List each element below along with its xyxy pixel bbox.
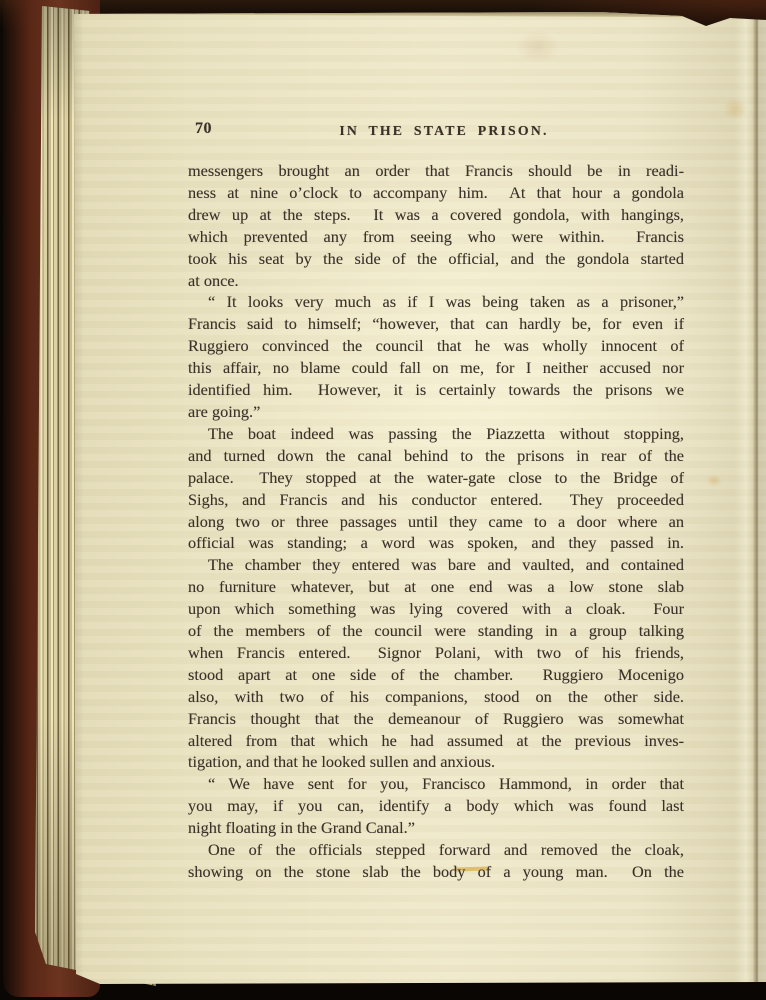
text-line: this affair, no blame could fall on me, … [188, 357, 684, 379]
text-line: messengers brought an order that Francis… [188, 160, 684, 182]
text-line: Sighs, and Francis and his conductor ent… [188, 489, 684, 511]
text-line: altered from that which he had assumed a… [188, 730, 684, 752]
text-line: took his seat by the side of the officia… [188, 248, 684, 270]
book-page: 70 IN THE STATE PRISON. messengers broug… [70, 6, 766, 990]
page-content: 70 IN THE STATE PRISON. messengers broug… [188, 120, 684, 142]
text-line: tigation, and that he looked sullen and … [188, 751, 684, 773]
text-line: along two or three passages until they c… [188, 511, 684, 533]
text-line: stood apart at one side of the chamber. … [188, 664, 684, 686]
text-line: Francis said to himself; “however, that … [188, 313, 684, 335]
paragraph: The chamber they entered was bare and va… [188, 554, 684, 773]
text-line: drew up at the steps. It was a covered g… [188, 204, 684, 226]
page-header: 70 IN THE STATE PRISON. [188, 120, 684, 142]
text-line: Ruggiero convinced the council that he w… [188, 335, 684, 357]
text-line: identified him. However, it is certainly… [188, 379, 684, 401]
text-line: no furniture whatever, but at one end wa… [188, 576, 684, 598]
text-line: also, with two of his companions, stood … [188, 686, 684, 708]
paragraph: The boat indeed was passing the Piazzett… [188, 423, 684, 554]
book-photo: 70 IN THE STATE PRISON. messengers broug… [0, 0, 766, 1000]
text-line: night floating in the Grand Canal.” [188, 817, 684, 839]
paper-stain [515, 30, 561, 64]
text-line: ness at nine o’clock to accompany him. A… [188, 182, 684, 204]
text-line: showing on the stone slab the body of a … [188, 861, 684, 883]
text-line: at once. [188, 270, 684, 292]
text-line: are going.” [188, 401, 684, 423]
text-line: “ We have sent for you, Francisco Hammon… [188, 773, 684, 795]
page-text: messengers brought an order that Francis… [188, 160, 684, 883]
text-line: The chamber they entered was bare and va… [188, 554, 684, 576]
page-top-edge [66, 8, 714, 17]
text-line: Francis thought that the demeanour of Ru… [188, 708, 684, 730]
paper-stain [722, 98, 748, 120]
paper-stain [706, 474, 722, 487]
page-curl-shadow [734, 6, 766, 990]
text-line: palace. They stopped at the water-gate c… [188, 467, 684, 489]
text-line: which prevented any from seeing who were… [188, 226, 684, 248]
paragraph: One of the officials stepped forward and… [188, 839, 684, 883]
text-line: of the members of the council were stand… [188, 620, 684, 642]
text-line: The boat indeed was passing the Piazzett… [188, 423, 684, 445]
text-line: you may, if you can, identify a body whi… [188, 795, 684, 817]
text-line: official was standing; a word was spoken… [188, 532, 684, 554]
paragraph: “ We have sent for you, Francisco Hammon… [188, 773, 684, 839]
text-line: and turned down the canal behind to the … [188, 445, 684, 467]
text-line: upon which something was lying covered w… [188, 598, 684, 620]
text-line: One of the officials stepped forward and… [188, 839, 684, 861]
paragraph: “ It looks very much as if I was being t… [188, 291, 684, 422]
running-title: IN THE STATE PRISON. [204, 123, 684, 139]
text-line: “ It looks very much as if I was being t… [188, 291, 684, 313]
paragraph: messengers brought an order that Francis… [188, 160, 684, 291]
text-line: when Francis entered. Signor Polani, wit… [188, 642, 684, 664]
